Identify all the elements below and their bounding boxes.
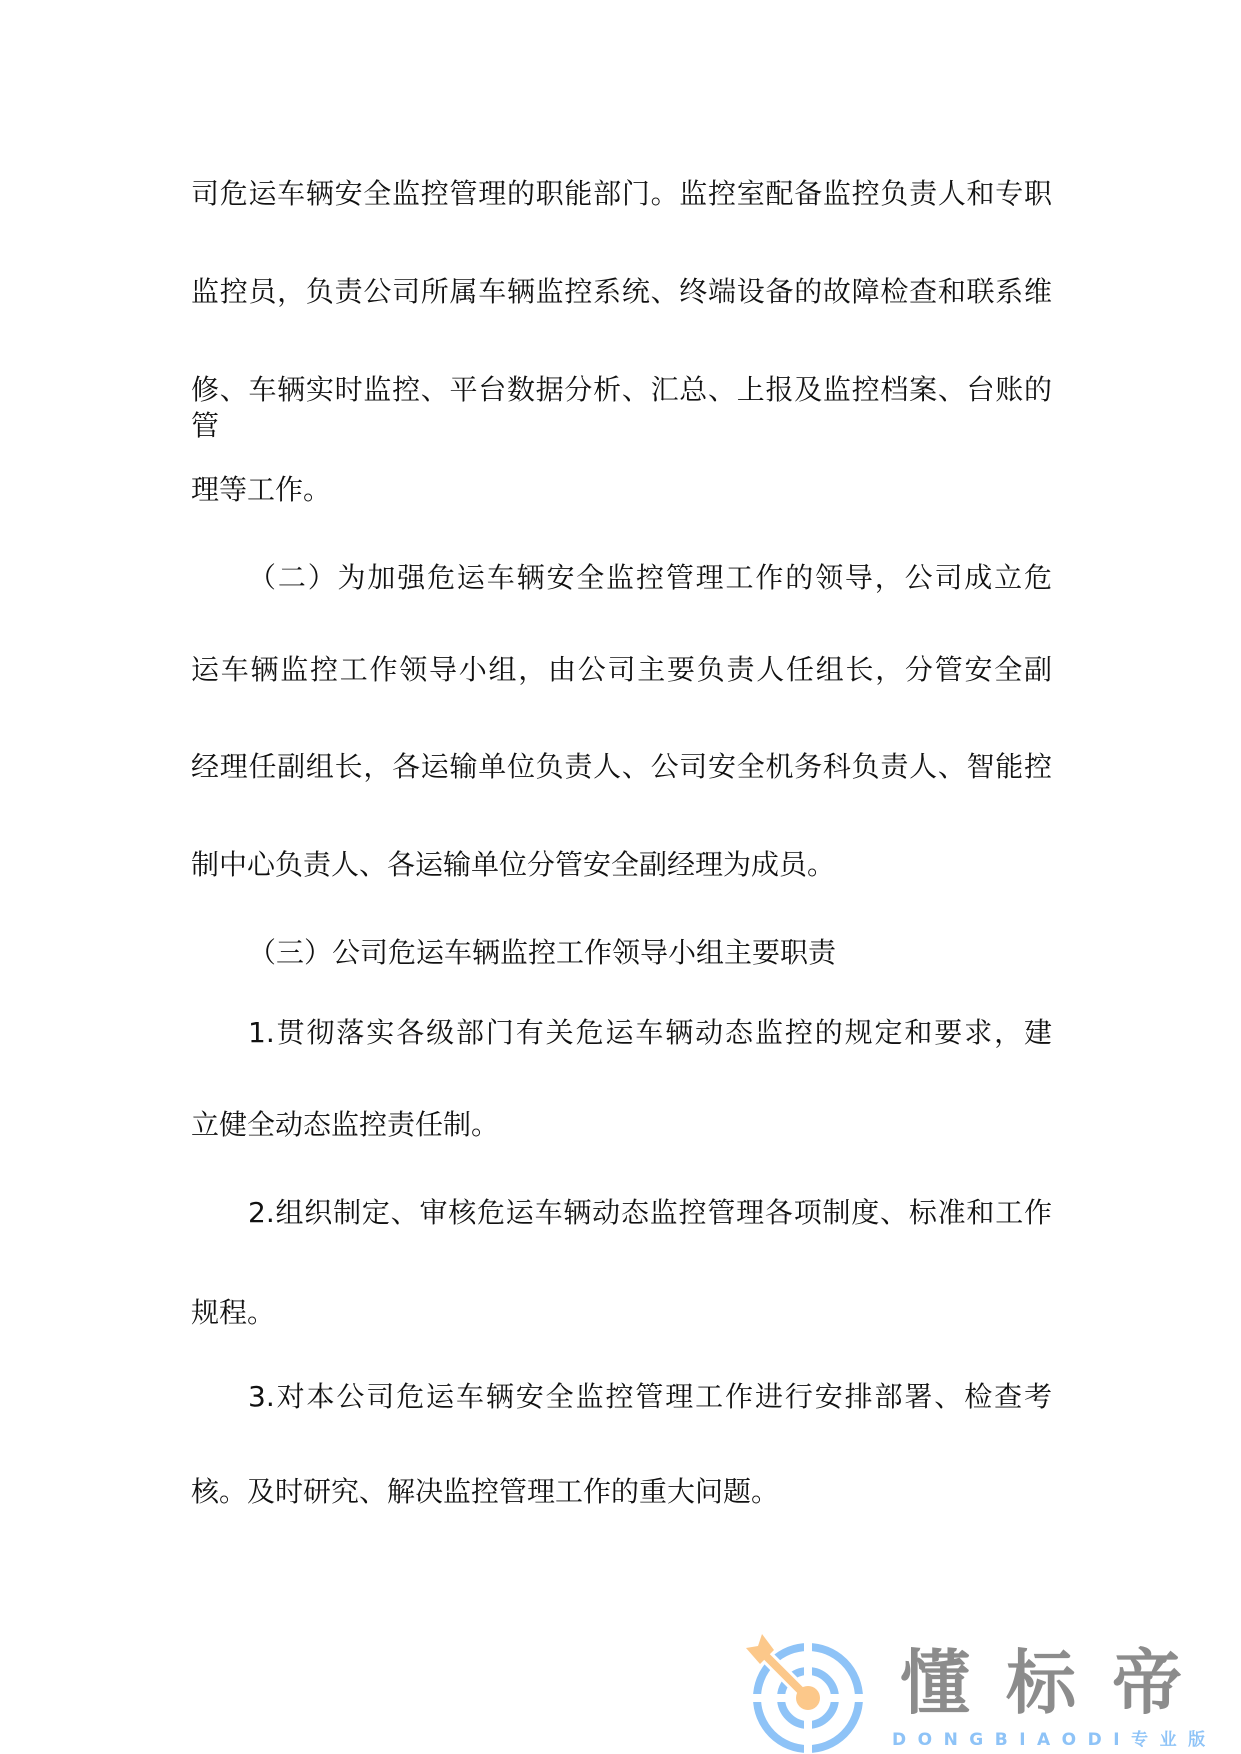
target-arrow-icon [740,1630,880,1754]
paragraph-line: 修、车辆实时监控、平台数据分析、汇总、上报及监控档案、台账的管 [191,372,1052,408]
paragraph-line: 制中心负责人、各运输单位分管安全副经理为成员。 [191,847,1052,883]
paragraph-line: 核。及时研究、解决监控管理工作的重大问题。 [191,1474,1052,1510]
watermark-logo: 懂标帝 DONGBIAODI专业版 [740,1630,1241,1754]
paragraph-line: 1.贯彻落实各级部门有关危运车辆动态监控的规定和要求，建 [248,1015,1052,1051]
paragraph-line: 规程。 [191,1295,1052,1331]
paragraph-line: 立健全动态监控责任制。 [191,1107,1052,1143]
document-page: 司危运车辆安全监控管理的职能部门。监控室配备监控负责人和专职 监控员，负责公司所… [0,0,1241,1754]
paragraph-line: 2.组织制定、审核危运车辆动态监控管理各项制度、标准和工作 [248,1195,1052,1231]
paragraph-line: 理等工作。 [191,472,1052,508]
paragraph-line: 经理任副组长，各运输单位负责人、公司安全机务科负责人、智能控 [191,749,1052,785]
paragraph-line: 监控员，负责公司所属车辆监控系统、终端设备的故障检查和联系维 [191,274,1052,310]
paragraph-line: 司危运车辆安全监控管理的职能部门。监控室配备监控负责人和专职 [191,176,1052,212]
section-heading: （三）公司危运车辆监控工作领导小组主要职责 [248,935,1052,971]
watermark-title: 懂标帝 [900,1648,1218,1718]
paragraph-line: 运车辆监控工作领导小组，由公司主要负责人任组长，分管安全副 [191,652,1052,688]
paragraph-line: （二）为加强危运车辆安全监控管理工作的领导，公司成立危 [248,560,1052,596]
watermark-subtitle: DONGBIAODI专业版 [892,1730,1217,1750]
paragraph-line: 3.对本公司危运车辆安全监控管理工作进行安排部署、检查考 [248,1379,1052,1415]
